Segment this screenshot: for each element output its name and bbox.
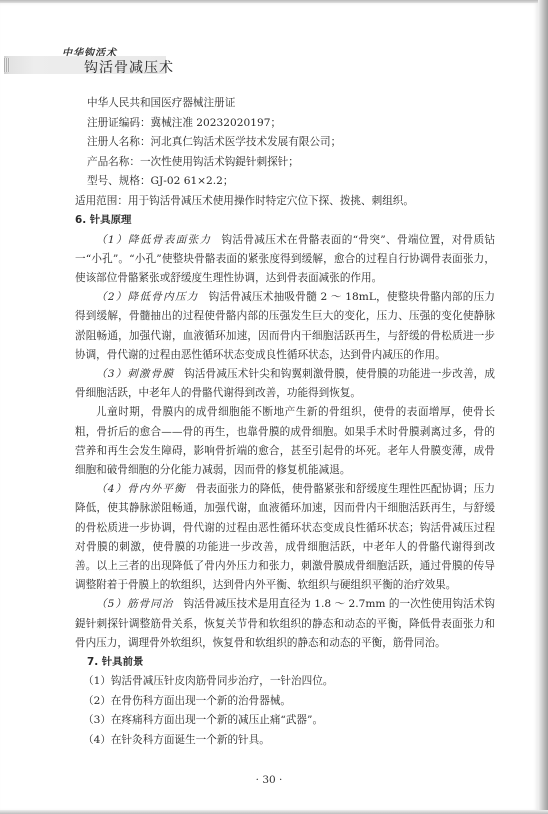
prospect-item: （2）在骨伤科方面出现一个新的治骨器械。 (83, 692, 495, 712)
page-number: · 30 · (0, 774, 538, 786)
registration-title: 中华人民共和国医疗器械注册证 (87, 94, 495, 114)
book-page: 中华钩活术 钩活骨减压术 中华人民共和国医疗器械注册证 注册证编码：冀械注准 2… (0, 3, 538, 811)
principle-paragraph-3b: 儿童时期，骨膜内的成骨细胞能不断地产生新的骨组织，使骨的表面增厚，使骨长粗，骨折… (75, 403, 495, 480)
principle-paragraph-5: （5）筋骨同治钩活骨减压技术是用直径为 1.8 ～ 2.7mm 的一次性使用钩活… (75, 595, 495, 653)
section-7: 7. 针具前景 （1）钩活骨减压针皮肉筋骨同步治疗，一针治四位。 （2）在骨伤科… (87, 653, 495, 751)
prospect-item: （4）在针灸科方面诞生一个新的针具。 (83, 731, 495, 751)
model-spec: 型号、规格：GJ-02 61×2.2； (87, 172, 495, 192)
prospect-item: （3）在疼痛科方面出现一个新的减压止痛“武器”。 (83, 711, 495, 731)
registration-code: 注册证编码：冀械注准 20232020197； (87, 114, 495, 134)
section-6-heading: 6. 针具原理 (75, 211, 495, 231)
application-scope: 适用范围：用于钩活骨减压术使用操作时特定穴位下探、拨挑、刺组织。 (75, 192, 495, 212)
principle-label: （4）骨内外平衡 (96, 483, 186, 495)
principle-paragraph-4: （4）骨内外平衡骨表面张力的降低，使骨骼紧张和舒缓度生理性匹配协调；压力降低，使… (75, 480, 495, 595)
page-content: 中华人民共和国医疗器械注册证 注册证编码：冀械注准 20232020197； 注… (87, 94, 495, 750)
principle-label: （2）降低骨内压力 (96, 291, 199, 303)
registration-block: 中华人民共和国医疗器械注册证 注册证编码：冀械注准 20232020197； 注… (87, 94, 495, 211)
registrant-name: 注册人名称：河北真仁钩活术医学技术发展有限公司； (87, 133, 495, 153)
page-right-edge (538, 0, 548, 814)
principle-label: （3）刺激骨膜 (96, 368, 174, 380)
principle-label: （5）筋骨同治 (96, 598, 173, 610)
principle-paragraph-3: （3）刺激骨膜钩活骨减压术针尖和钩翼刺激骨膜，使骨膜的功能进一步改善，成骨细胞活… (75, 365, 495, 403)
principle-label: （1）降低骨表面张力 (96, 234, 211, 246)
principle-paragraph-2: （2）降低骨内压力钩活骨减压术抽吸骨髓 2 ～ 18mL，使整块骨骼内部的压力得… (75, 288, 495, 365)
prospect-item: （1）钩活骨减压针皮肉筋骨同步治疗，一针治四位。 (83, 672, 495, 692)
principle-text: 儿童时期，骨膜内的成骨细胞能不断地产生新的骨组织，使骨的表面增厚，使骨长粗，骨折… (75, 406, 495, 476)
book-title: 钩活骨减压术 (84, 57, 174, 77)
section-7-heading: 7. 针具前景 (87, 653, 495, 673)
principle-paragraph-1: （1）降低骨表面张力钩活骨减压术在骨骼表面的“骨突”、骨端位置，对骨质钻一“小孔… (75, 231, 495, 289)
section-6: 6. 针具原理 （1）降低骨表面张力钩活骨减压术在骨骼表面的“骨突”、骨端位置，… (75, 211, 495, 653)
page-bottom-edge (0, 810, 548, 814)
principle-text: 骨表面张力的降低，使骨骼紧张和舒缓度生理性匹配协调；压力降低，使其静脉淤阻畅通，… (75, 483, 495, 591)
product-name: 产品名称：一次性使用钩活术钩鍉针刺探针； (87, 153, 495, 173)
header-band-marker (4, 58, 10, 72)
